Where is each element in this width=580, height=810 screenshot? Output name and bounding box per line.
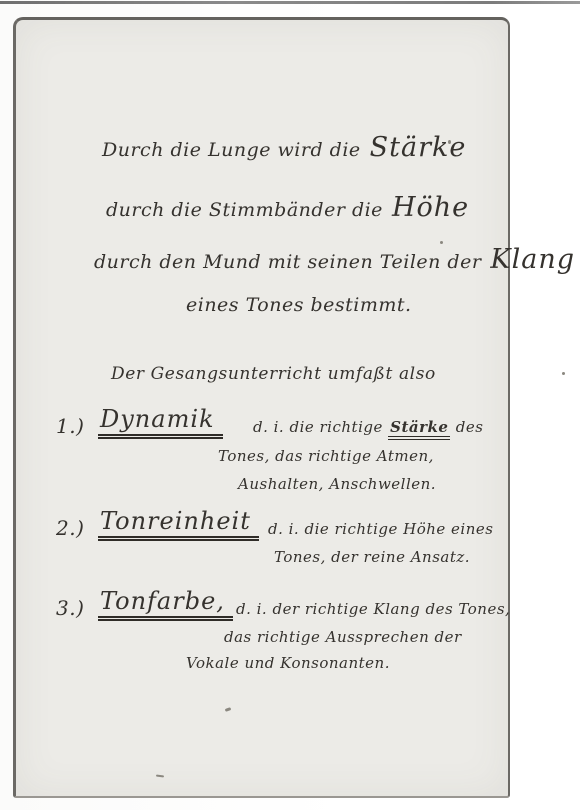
intro-line-3-keyword: Klang bbox=[490, 244, 575, 275]
item-1-def-a: d. i. die richtige bbox=[253, 418, 383, 436]
list-item-1-def-line-2: Tones, das richtige Atmen, bbox=[218, 447, 434, 465]
scan-speck bbox=[562, 372, 565, 375]
list-item-2-number: 2.) bbox=[56, 516, 84, 540]
manuscript-page: Durch die Lunge wird dieStärke durch die… bbox=[13, 17, 510, 798]
scan-speck bbox=[225, 707, 232, 712]
section-heading: Der Gesangsunterricht umfaßt also bbox=[111, 364, 436, 384]
item-1-def-b: des bbox=[456, 418, 484, 436]
list-item-2-def-line-1: d. i. die richtige Höhe eines bbox=[268, 520, 493, 538]
list-item-3-term: Tonfarbe, bbox=[98, 587, 233, 621]
list-item-2-term-text: Tonreinheit bbox=[98, 507, 259, 541]
intro-line-2-text: durch die Stimmbänder die bbox=[106, 199, 383, 221]
list-item-3-number: 3.) bbox=[56, 596, 84, 620]
intro-line-1-text: Durch die Lunge wird die bbox=[102, 139, 361, 161]
intro-line-4-text: eines Tones bestimmt. bbox=[186, 294, 412, 316]
scan-speck bbox=[156, 774, 164, 777]
list-item-2-def-line-2: Tones, der reine Ansatz. bbox=[274, 548, 470, 566]
list-item-1-term: Dynamik bbox=[98, 405, 223, 439]
intro-line-3-text: durch den Mund mit seinen Teilen der bbox=[94, 251, 481, 273]
intro-line-2: durch die Stimmbänder dieHöhe bbox=[106, 192, 469, 223]
list-item-3-def-line-2: das richtige Aussprechen der bbox=[224, 628, 462, 646]
list-item-3-def-line-1: d. i. der richtige Klang des Tones, bbox=[236, 600, 510, 618]
intro-line-2-keyword: Höhe bbox=[392, 192, 469, 223]
scan-background: Durch die Lunge wird dieStärke durch die… bbox=[0, 0, 580, 810]
list-item-3-term-text: Tonfarbe, bbox=[98, 587, 233, 621]
list-item-1-def-line-3: Aushalten, Anschwellen. bbox=[238, 475, 436, 493]
scan-speck bbox=[440, 241, 443, 244]
intro-line-3: durch den Mund mit seinen Teilen derKlan… bbox=[94, 244, 575, 275]
list-item-1-def-line-1: d. i. die richtige Stärke des bbox=[253, 418, 483, 440]
list-item-3-def-line-3: Vokale und Konsonanten. bbox=[186, 654, 390, 672]
scan-speck bbox=[448, 140, 451, 144]
intro-line-1: Durch die Lunge wird dieStärke bbox=[102, 132, 466, 163]
item-1-def-keyword: Stärke bbox=[388, 418, 450, 440]
list-item-1-number: 1.) bbox=[56, 414, 84, 438]
intro-line-1-keyword: Stärke bbox=[370, 132, 467, 163]
list-item-2-term: Tonreinheit bbox=[98, 507, 259, 541]
scanner-edge-line bbox=[0, 1, 580, 4]
intro-line-4: eines Tones bestimmt. bbox=[186, 294, 412, 316]
list-item-1-term-text: Dynamik bbox=[98, 405, 223, 439]
